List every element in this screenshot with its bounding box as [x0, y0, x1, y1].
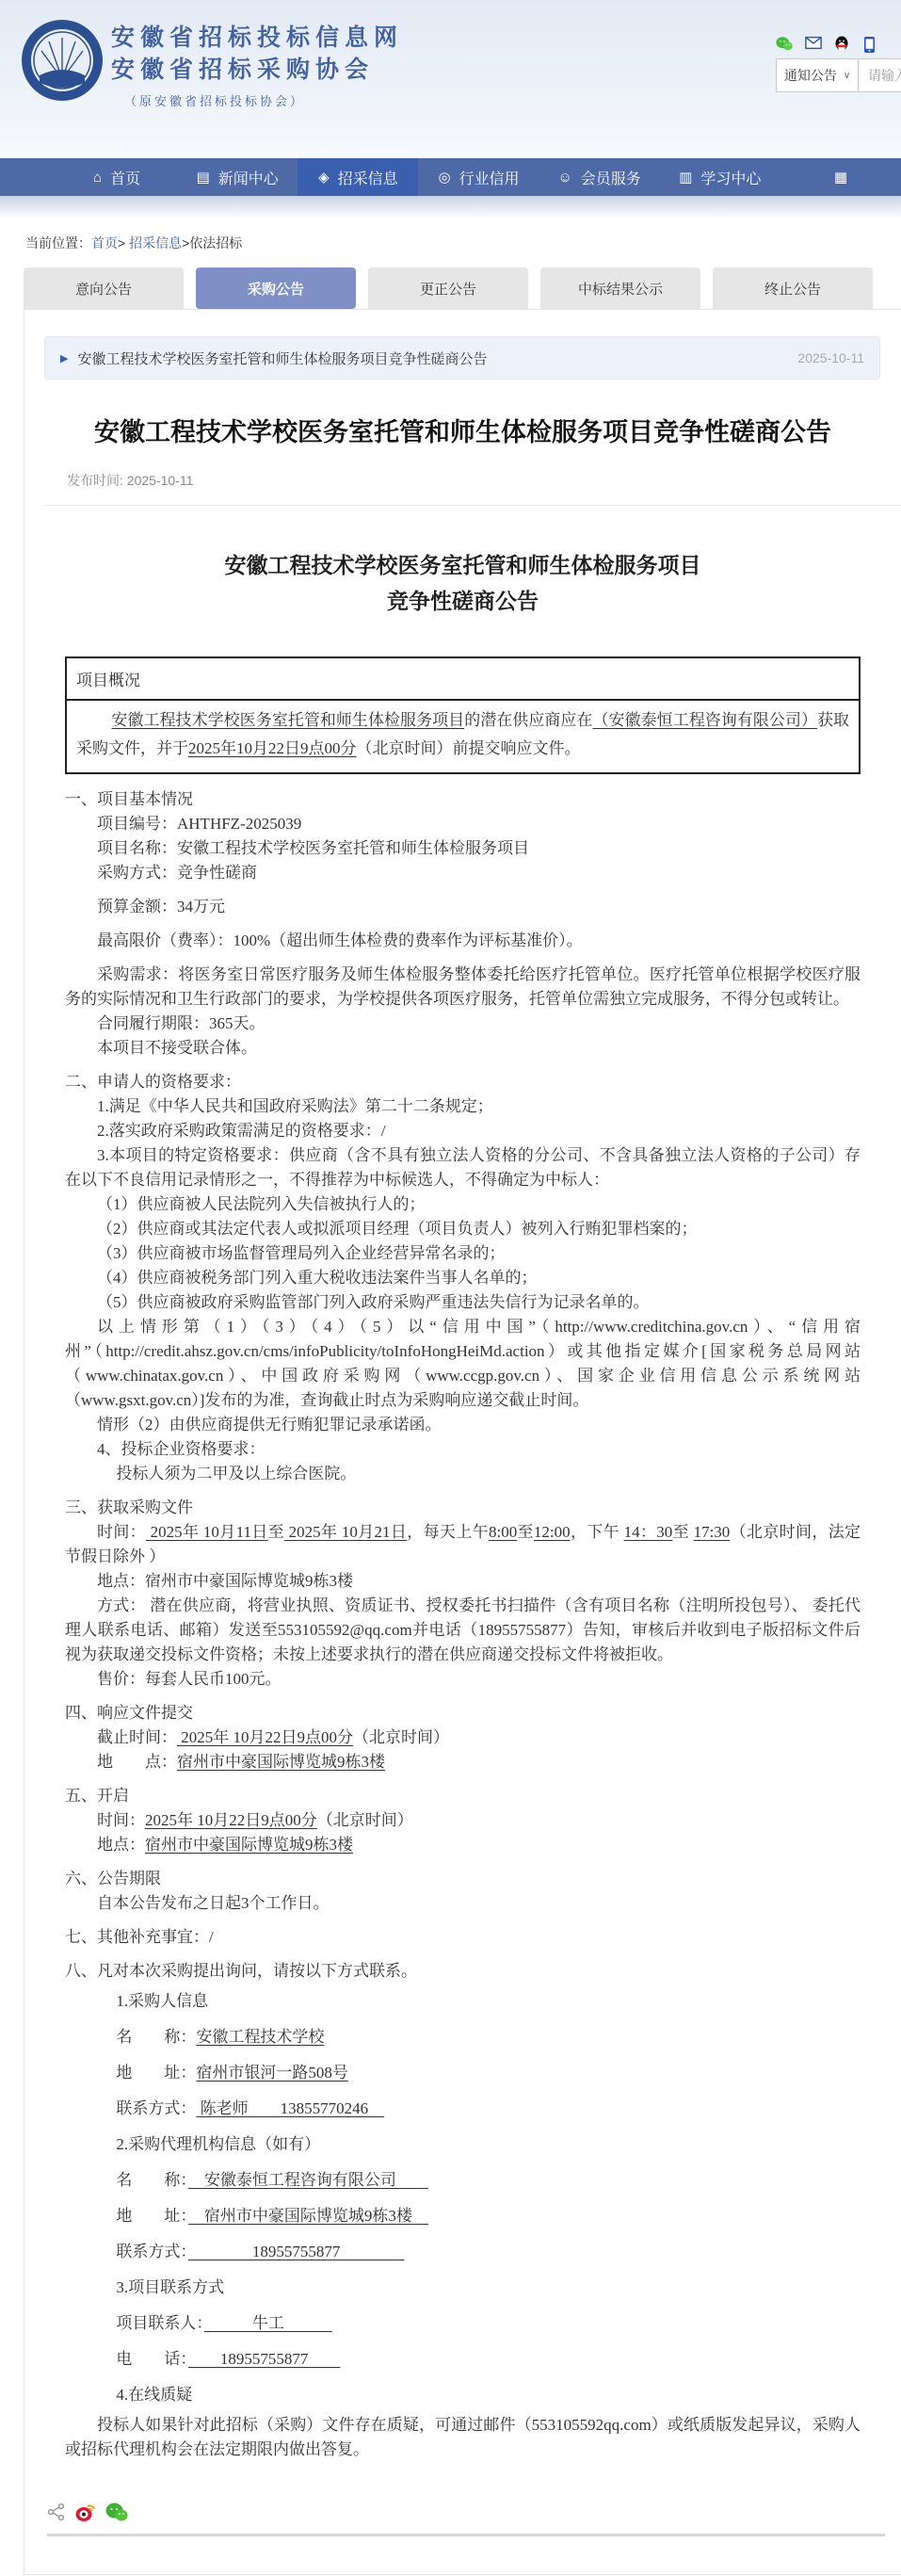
doc-line: 采购需求：将医务室日常医疗服务及师生体检服务整体委托给医疗托管单位。医疗托管单位… [65, 963, 861, 1012]
weibo-icon[interactable] [74, 2502, 97, 2522]
doc-line: 电 话： 18955755877 [65, 2341, 861, 2377]
doc-line: 3.本项目的特定资格要求：供应商（含不具有独立法人资格的分公司、不含具备独立法人… [65, 1143, 861, 1192]
nav-item-news[interactable]: ▤新闻中心 [177, 158, 298, 196]
doc-line: 地点：宿州市中豪国际博览城9栋3楼 [65, 1569, 861, 1594]
publish-label: 发布时间: [67, 473, 123, 488]
doc-line: （1）供应商被人民法院列入失信被执行人的； [65, 1192, 861, 1217]
tab-2[interactable]: 更正公告 [368, 267, 528, 309]
home-icon: ⌂ [93, 170, 102, 185]
nav-item-study[interactable]: ▥学习中心 [660, 158, 780, 196]
doc-line: 最高限价（费率）：100%（超出师生体检费的费率作为评标基准价）。 [65, 929, 861, 953]
nav-item-info[interactable]: ◈招采信息 [298, 158, 418, 196]
doc-line: 自本公告发布之日起3个工作日。 [65, 1891, 861, 1916]
mobile-icon[interactable] [863, 36, 880, 53]
doc-line: 4.在线质疑 [65, 2377, 861, 2413]
study-icon: ▥ [679, 170, 692, 185]
breadcrumb-current: 依法招标 [189, 235, 242, 251]
site-header: 安徽省招标投标信息网 安徽省招标采购协会 （原安徽省招标投标协会） 通知公告 ∨ [0, 0, 901, 158]
doc-line: 时间：2025年 10月22日9点00分（北京时间） [65, 1808, 861, 1833]
document-sections: 一、项目基本情况项目编号：AHTHFZ-2025039项目名称：安徽工程技术学校… [65, 787, 861, 2462]
announcement-date: 2025-10-11 [797, 350, 864, 365]
doc-line: 地 址： 宿州市中豪国际博览城9栋3楼 [65, 2198, 861, 2234]
site-subtitle: （原安徽省招标投标协会） [124, 91, 403, 109]
footer-divider [47, 2534, 885, 2536]
news-icon: ▤ [197, 170, 210, 185]
list-item[interactable]: ▶安徽工程技术学校医务室托管和师生体检服务项目竞争性磋商公告2025-10-11 [44, 336, 880, 380]
doc-line: 售价：每套人民币100元。 [65, 1667, 861, 1692]
doc-line: 联系方式： 陈老师 13855770246 [65, 2091, 861, 2127]
doc-line: 联系方式： 18955755877 [65, 2234, 861, 2270]
doc-line: 项目名称：安徽工程技术学校医务室托管和师生体检服务项目 [65, 836, 861, 861]
breadcrumb-label: 当前位置： [25, 235, 91, 251]
doc-line: 4、投标企业资格要求： [65, 1437, 861, 1462]
wechat-icon[interactable] [776, 36, 793, 53]
nav-item-label: 招采信息 [338, 167, 398, 188]
search-category-select[interactable]: 通知公告 ∨ [776, 58, 859, 92]
doc-line: 情形（2）由供应商提供无行贿犯罪记录承诺函。 [65, 1413, 861, 1437]
doc-line: 五、开启 [65, 1784, 861, 1808]
document-title-line1: 安徽工程技术学校医务室托管和师生体检服务项目 [65, 547, 861, 583]
content-card: ▶安徽工程技术学校医务室托管和师生体检服务项目竞争性磋商公告2025-10-11… [24, 309, 901, 2575]
doc-line: 1.满足《中华人民共和国政府采购法》第二十二条规定； [65, 1094, 861, 1119]
doc-line: 项目编号：AHTHFZ-2025039 [65, 812, 861, 836]
site-title-line2: 安徽省招标采购协会 [111, 55, 403, 87]
search-input[interactable] [859, 58, 901, 92]
document-body: 安徽工程技术学校医务室托管和师生体检服务项目 竞争性磋商公告 项目概况 安徽工程… [65, 547, 861, 2462]
article-divider [44, 505, 901, 506]
doc-line: （4）供应商被税务部门列入重大税收违法案件当事人名单的； [65, 1266, 861, 1290]
credit-icon: ◎ [438, 170, 450, 185]
nav-item-credit[interactable]: ◎行业信用 [418, 158, 539, 196]
doc-line: 截止时间： 2025年 10月22日9点00分（北京时间） [65, 1725, 861, 1750]
qq-icon[interactable] [834, 36, 851, 53]
doc-line: 八、凡对本次采购提出询问，请按以下方式联系。 [65, 1959, 861, 1984]
wechat-share-icon[interactable] [105, 2503, 128, 2522]
mail-icon[interactable] [805, 36, 822, 53]
nav-item-home[interactable]: ⌂首页 [56, 158, 177, 196]
announcement-list: ▶安徽工程技术学校医务室托管和师生体检服务项目竞争性磋商公告2025-10-11 [44, 336, 880, 380]
doc-line: （2）供应商或其法定代表人或拟派项目经理（项目负责人）被列入行贿犯罪档案的； [65, 1217, 861, 1241]
doc-line: 合同履行期限：365天。 [65, 1012, 861, 1036]
doc-line: 2.落实政府采购政策需满足的资格要求：/ [65, 1119, 861, 1143]
doc-line: （5）供应商被政府采购监管部门列入政府采购严重违法失信行为记录名单的。 [65, 1290, 861, 1315]
site-titles: 安徽省招标投标信息网 安徽省招标采购协会 （原安徽省招标投标协会） [111, 23, 403, 109]
breadcrumb: 当前位置：首页> 招采信息>依法招标 [25, 234, 901, 252]
publish-date: 2025-10-11 [127, 473, 194, 488]
search-category-value: 通知公告 [784, 66, 837, 85]
doc-line: 投标人须为二甲及以上综合医院。 [65, 1462, 861, 1486]
article-title: 安徽工程技术学校医务室托管和师生体检服务项目竞争性磋商公告 [65, 412, 861, 448]
doc-line: 名 称：安徽工程技术学校 [65, 2019, 861, 2055]
doc-line: 项目联系人： 牛工 [65, 2306, 861, 2341]
quick-links [776, 36, 880, 53]
breadcrumb-section-link[interactable]: 招采信息 [129, 235, 182, 251]
doc-line: （3）供应商被市场监督管理局列入企业经营异常名录的； [65, 1241, 861, 1266]
tab-bar: 意向公告采购公告更正公告中标结果公示终止公告 [24, 267, 901, 309]
search-bar: 通知公告 ∨ [776, 58, 901, 92]
doc-line: 地点：宿州市中豪国际博览城9栋3楼 [65, 1833, 861, 1857]
nav-item-label: 会员服务 [581, 167, 641, 188]
doc-line: 时间： 2025年 10月11日至 2025年 10月21日，每天上午8:00至… [65, 1520, 861, 1569]
doc-line: 投标人如果针对此招标（采购）文件存在质疑，可通过邮件（553105592qq.c… [65, 2413, 861, 2462]
doc-line: 地 点：宿州市中豪国际博览城9栋3楼 [65, 1750, 861, 1774]
document-title: 安徽工程技术学校医务室托管和师生体检服务项目 竞争性磋商公告 [65, 547, 861, 619]
tab-4[interactable]: 终止公告 [713, 267, 873, 309]
nav-item-label: 首页 [110, 167, 140, 188]
share-icon[interactable] [47, 2503, 66, 2521]
tab-3[interactable]: 中标结果公示 [540, 267, 700, 309]
doc-line: 四、响应文件提交 [65, 1701, 861, 1725]
doc-line: 1.采购人信息 [65, 1984, 861, 2019]
doc-line: 采购方式：竞争性磋商 [65, 861, 861, 885]
breadcrumb-home-link[interactable]: 首页 [91, 235, 118, 251]
document-title-line2: 竞争性磋商公告 [65, 583, 861, 619]
extra-icon: ▦ [834, 170, 847, 185]
doc-line: 七、其他补充事宜：/ [65, 1925, 861, 1950]
doc-line: 六、公告期限 [65, 1867, 861, 1891]
publish-time: 发布时间: 2025-10-11 [67, 471, 901, 490]
nav-item-extra[interactable]: ▦ [780, 158, 901, 196]
main-nav: ⌂首页▤新闻中心◈招采信息◎行业信用☺会员服务▥学习中心▦ [0, 158, 901, 196]
tab-0[interactable]: 意向公告 [24, 267, 184, 309]
overview-body: 安徽工程技术学校医务室托管和师生体检服务项目的潜在供应商应在（安徽泰恒工程咨询有… [67, 701, 859, 772]
site-title-line1: 安徽省招标投标信息网 [111, 23, 403, 55]
doc-line: 2.采购代理机构信息（如有） [65, 2127, 861, 2163]
site-logo-icon [21, 19, 104, 106]
doc-line: 地 址：宿州市银河一路508号 [65, 2055, 861, 2091]
caret-right-icon: ▶ [60, 352, 68, 365]
info-icon: ◈ [318, 170, 330, 185]
overview-header: 项目概况 [67, 658, 859, 701]
member-icon: ☺ [557, 170, 571, 185]
nav-item-label: 学习中心 [700, 167, 761, 188]
nav-item-member[interactable]: ☺会员服务 [539, 158, 660, 196]
chevron-down-icon: ∨ [844, 71, 850, 81]
doc-line: 一、项目基本情况 [65, 787, 861, 812]
doc-line: 预算金额：34万元 [65, 895, 861, 919]
announcement-link[interactable]: 安徽工程技术学校医务室托管和师生体检服务项目竞争性磋商公告 [77, 348, 797, 368]
doc-line: 二、申请人的资格要求： [65, 1070, 861, 1094]
breadcrumb-separator: > [118, 235, 129, 251]
nav-item-label: 行业信用 [459, 167, 520, 188]
doc-line: 以上情形第（1）（3）（4）（5）以“信用中国”（http://www.cred… [65, 1315, 861, 1413]
nav-item-label: 新闻中心 [218, 167, 279, 188]
doc-line: 3.项目联系方式 [65, 2270, 861, 2306]
project-overview-box: 项目概况 安徽工程技术学校医务室托管和师生体检服务项目的潜在供应商应在（安徽泰恒… [65, 656, 861, 774]
tab-1[interactable]: 采购公告 [196, 267, 356, 309]
share-bar [47, 2502, 901, 2522]
nav-shadow [0, 196, 901, 219]
doc-line: 方式： 潜在供应商，将营业执照、资质证书、授权委托书扫描件（含有项目名称（注明所… [65, 1594, 861, 1667]
doc-line: 名 称： 安徽泰恒工程咨询有限公司 [65, 2163, 861, 2198]
doc-line: 本项目不接受联合体。 [65, 1036, 861, 1061]
doc-line: 三、获取采购文件 [65, 1496, 861, 1520]
